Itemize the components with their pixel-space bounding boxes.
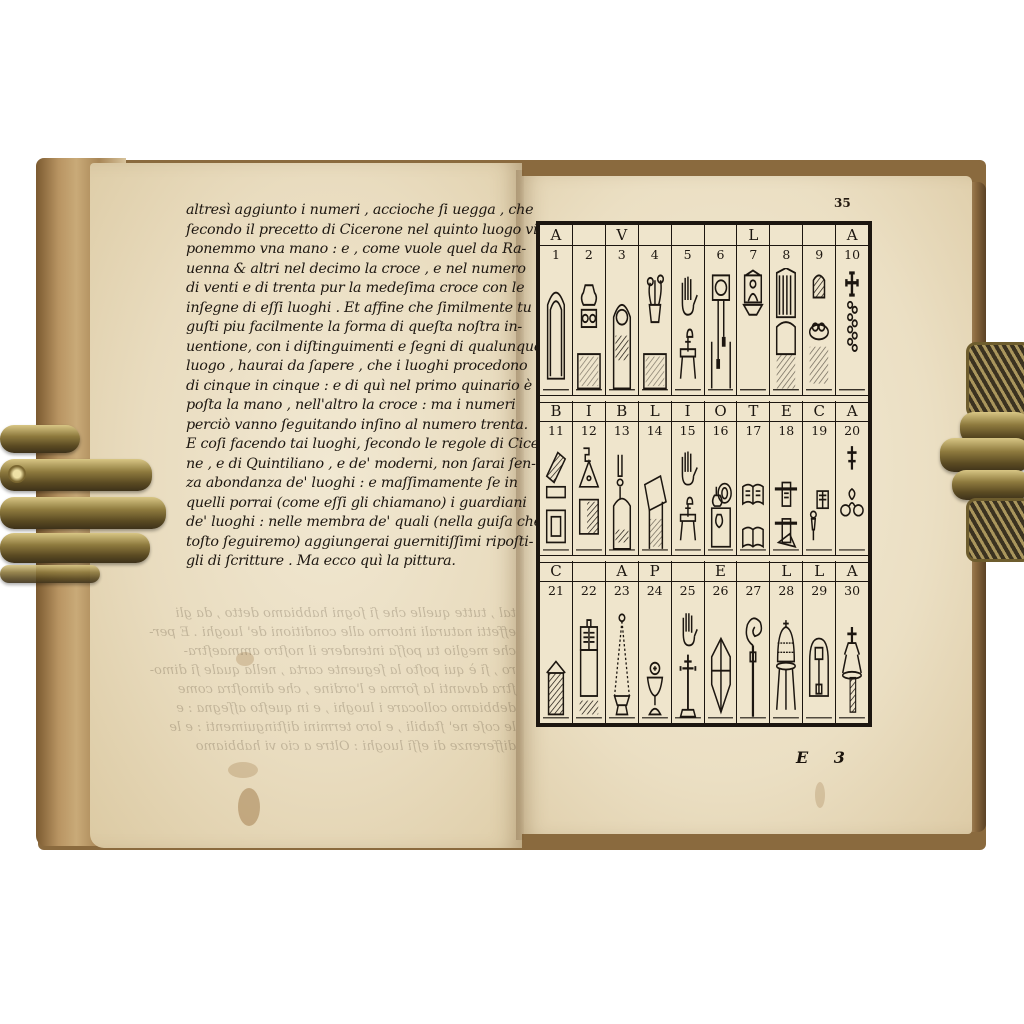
- locus-number: 25: [672, 583, 704, 599]
- woodcut-band-biblioteca: BIBLIOTECA11121314151617181920: [540, 401, 868, 555]
- censer-icon: [609, 604, 635, 719]
- locus-cell: 4: [639, 246, 672, 395]
- locus-number: 29: [803, 583, 835, 599]
- letter-cell: [737, 561, 770, 581]
- letters-row: BIBLIOTECA: [540, 401, 868, 422]
- locus-number: 13: [606, 423, 638, 439]
- altar-book-icon: [576, 604, 602, 719]
- text-line: uenna & altri nel decimo la croce , e ne…: [186, 260, 516, 280]
- locus-cell: 17: [737, 422, 770, 555]
- locus-cell: 14: [639, 422, 672, 555]
- text-line: inſegne di eſſi luoghi . Et affine che ſ…: [186, 299, 516, 319]
- locus-number: 28: [770, 583, 802, 599]
- locus-number: 17: [737, 423, 769, 439]
- letter-cell: O: [705, 401, 738, 421]
- scrolls-icon: [773, 444, 799, 551]
- locus-cell: 3: [606, 246, 639, 395]
- locus-number: 8: [770, 247, 802, 263]
- locus-cell: 12: [573, 422, 606, 555]
- text-line: E coſi facendo tai luoghi, ſecondo le re…: [186, 435, 516, 455]
- letter-cell: L: [639, 401, 672, 421]
- show-through-line: ro , ſi è qui poſto la ſeguente carta , …: [196, 661, 516, 680]
- locus-cell: 9: [803, 246, 836, 395]
- crozier-icon: [740, 604, 766, 719]
- text-line: guſti piu facilmente la forma di queſta …: [186, 318, 516, 338]
- locus-cell: 11: [540, 422, 573, 555]
- locus-number: 22: [573, 583, 605, 599]
- text-line: uentione, con i diſtinguimenti e ſegni d…: [186, 338, 516, 358]
- letter-cell: [705, 225, 738, 245]
- signature-mark: E 3: [796, 748, 855, 767]
- locus-cell: 19: [803, 422, 836, 555]
- locus-number: 11: [540, 423, 572, 439]
- woodcut-band-capella: CAPELLA21222324252627282930: [540, 561, 868, 723]
- letter-cell: L: [737, 225, 770, 245]
- letter-cell: A: [606, 561, 639, 581]
- locus-cell: 28: [770, 582, 803, 723]
- page-number: 35: [834, 196, 851, 210]
- locus-number: 14: [639, 423, 671, 439]
- locus-cell: 21: [540, 582, 573, 723]
- letter-cell: L: [803, 561, 836, 581]
- arched-niche-icon: [543, 268, 569, 391]
- letter-cell: C: [803, 401, 836, 421]
- left-page-text: altresì aggiunto i numeri , accioche ſi …: [186, 201, 516, 572]
- locus-cell: 13: [606, 422, 639, 555]
- locus-number: 4: [639, 247, 671, 263]
- text-line: toſto ſeguiremo) aggiungerai guernitiſſi…: [186, 533, 516, 553]
- locus-number: 26: [705, 583, 737, 599]
- clasp-plate-top: [966, 342, 1024, 418]
- woodcut-band-avlla: AVLA12345678910: [540, 225, 868, 395]
- text-line: di venti e di trenta pur la medeſima cro…: [186, 279, 516, 299]
- portrait-frame-icon: [740, 268, 766, 391]
- letter-cell: A: [836, 401, 868, 421]
- locus-cell: 20: [836, 422, 868, 555]
- hand-icon: [675, 444, 701, 551]
- text-line: de' luoghi : nelle membra de' quali (nel…: [186, 513, 516, 533]
- locus-number: 3: [606, 247, 638, 263]
- locus-cell: 6: [705, 246, 738, 395]
- locus-number: 20: [836, 423, 868, 439]
- locus-cell: 29: [803, 582, 836, 723]
- arched-window-icon: [806, 268, 832, 391]
- letter-cell: [803, 225, 836, 245]
- mitre-icon: [708, 604, 734, 719]
- hand-and-cross-icon: [675, 604, 701, 719]
- papal-tiara-stool-icon: [773, 604, 799, 719]
- globe-and-vase-icon: [708, 444, 734, 551]
- locus-number: 7: [737, 247, 769, 263]
- paper-stain: [815, 782, 825, 808]
- text-line: za abondanza de' luoghi : e maſſimamente…: [186, 474, 516, 494]
- rosette-ornament: [8, 465, 26, 483]
- text-line: ſecondo il precetto di Cicerone nel quin…: [186, 221, 516, 241]
- text-line: luogo , haurai da ſapere , che i luoghi …: [186, 357, 516, 377]
- show-through-line: le coſe ne' ſtabili , e loro termini diſ…: [196, 718, 516, 737]
- locus-cell: 8: [770, 246, 803, 395]
- memory-palace-woodcut: AVLA12345678910BIBLIOTECA111213141516171…: [536, 221, 872, 727]
- cross-and-rosary-icon: [839, 268, 865, 391]
- letter-cell: A: [836, 561, 868, 581]
- letter-cell: C: [540, 561, 573, 581]
- prie-dieu-icon: [543, 604, 569, 719]
- letter-cell: E: [770, 401, 803, 421]
- text-line: altresì aggiunto i numeri , accioche ſi …: [186, 201, 516, 221]
- locus-cell: 25: [672, 582, 705, 723]
- letter-cell: A: [540, 225, 573, 245]
- letter-cell: V: [606, 225, 639, 245]
- left-brass-clasp: [0, 415, 170, 595]
- locus-number: 12: [573, 423, 605, 439]
- locus-number: 6: [705, 247, 737, 263]
- text-line: ponemmo vna mano : e , come vuole quel d…: [186, 240, 516, 260]
- show-through-line: effetti naturali intorno alle conditioni…: [196, 623, 516, 642]
- letter-cell: [573, 561, 606, 581]
- locus-cell: 5: [672, 246, 705, 395]
- stove-icon: [609, 444, 635, 551]
- letter-cell: [672, 561, 705, 581]
- show-through-line: tal , tutte quelle che ſi ſogni habbiamo…: [196, 604, 516, 623]
- locus-cell: 27: [737, 582, 770, 723]
- letter-cell: B: [606, 401, 639, 421]
- locus-number: 23: [606, 583, 638, 599]
- locus-cell: 24: [639, 582, 672, 723]
- locus-number: 2: [573, 247, 605, 263]
- ewer-on-pedestal-icon: [576, 268, 602, 391]
- letter-cell: [770, 225, 803, 245]
- text-line: ne , e di Quintiliano , e de' moderni, n…: [186, 455, 516, 475]
- show-through-line: ſtra davanti la forma e l'ordine , che d…: [196, 680, 516, 699]
- locus-number: 1: [540, 247, 572, 263]
- locus-cell: 30: [836, 582, 868, 723]
- locus-number: 30: [836, 583, 868, 599]
- locus-cell: 18: [770, 422, 803, 555]
- text-line: gli di ſcritture . Ma ecco quì la pittur…: [186, 552, 516, 572]
- locus-cell: 1: [540, 246, 573, 395]
- text-line: perciò vanno ſeguitando inſino al numero…: [186, 416, 516, 436]
- locus-cell: 2: [573, 246, 606, 395]
- vestment-icon: [806, 604, 832, 719]
- locus-number: 27: [737, 583, 769, 599]
- paper-stain: [238, 788, 260, 826]
- show-through-line: debbiamo collocare i luoghi , e in queſt…: [196, 699, 516, 718]
- locus-number: 9: [803, 247, 835, 263]
- show-through-line: differenze di eſſi luoghi : Oltre a cio …: [196, 737, 516, 756]
- right-brass-clasp: [938, 338, 1024, 560]
- locus-number: 21: [540, 583, 572, 599]
- locus-cell: 10: [836, 246, 868, 395]
- letter-cell: B: [540, 401, 573, 421]
- locus-cell: 26: [705, 582, 738, 723]
- letter-cell: E: [705, 561, 738, 581]
- flower-pot-icon: [642, 268, 668, 391]
- clock-cabinet-icon: [609, 268, 635, 391]
- letter-cell: [672, 225, 705, 245]
- letter-cell: I: [573, 401, 606, 421]
- hand-icon: [675, 268, 701, 391]
- letters-row: CAPELLA: [540, 561, 868, 582]
- open-books-icon: [740, 444, 766, 551]
- letter-cell: A: [836, 225, 868, 245]
- text-line: quelli porrai (come eſſi gli chiamano) i…: [186, 494, 516, 514]
- letter-cell: L: [770, 561, 803, 581]
- chalice-icon: [642, 604, 668, 719]
- letter-cell: [639, 225, 672, 245]
- locus-cell: 7: [737, 246, 770, 395]
- locus-cell: 23: [606, 582, 639, 723]
- letter-cell: P: [639, 561, 672, 581]
- locus-number: 16: [705, 423, 737, 439]
- slanted-desk-icon: [642, 444, 668, 551]
- text-line: di cinque in cinque : e di quì nel primo…: [186, 377, 516, 397]
- book-rack-icon: [543, 444, 569, 551]
- lectern-icon: [576, 444, 602, 551]
- cross-and-font-icon: [839, 604, 865, 719]
- locus-number: 10: [836, 247, 868, 263]
- letters-row: AVLA: [540, 225, 868, 246]
- letter-cell: I: [672, 401, 705, 421]
- spectacles-and-cross-icon: [839, 444, 865, 551]
- show-through-text: tal , tutte quelle che ſi ſogni habbiamo…: [196, 604, 516, 756]
- locus-number: 18: [770, 423, 802, 439]
- locus-number: 15: [672, 423, 704, 439]
- locus-cell: 22: [573, 582, 606, 723]
- locus-number: 19: [803, 423, 835, 439]
- locus-number: 5: [672, 247, 704, 263]
- locus-cell: 16: [705, 422, 738, 555]
- lamp-and-cabinet-icon: [806, 444, 832, 551]
- locus-cell: 15: [672, 422, 705, 555]
- locus-number: 24: [639, 583, 671, 599]
- canopy-bed-icon: [773, 268, 799, 391]
- letter-cell: [573, 225, 606, 245]
- text-line: poſta la mano , nell'altro la croce : ma…: [186, 396, 516, 416]
- paper-stain: [228, 762, 258, 778]
- show-through-line: che meglio tu poſſa intendere il noſtro …: [196, 642, 516, 661]
- letter-cell: T: [737, 401, 770, 421]
- clasp-plate-bottom: [966, 498, 1024, 562]
- wall-clock-with-weights-icon: [708, 268, 734, 391]
